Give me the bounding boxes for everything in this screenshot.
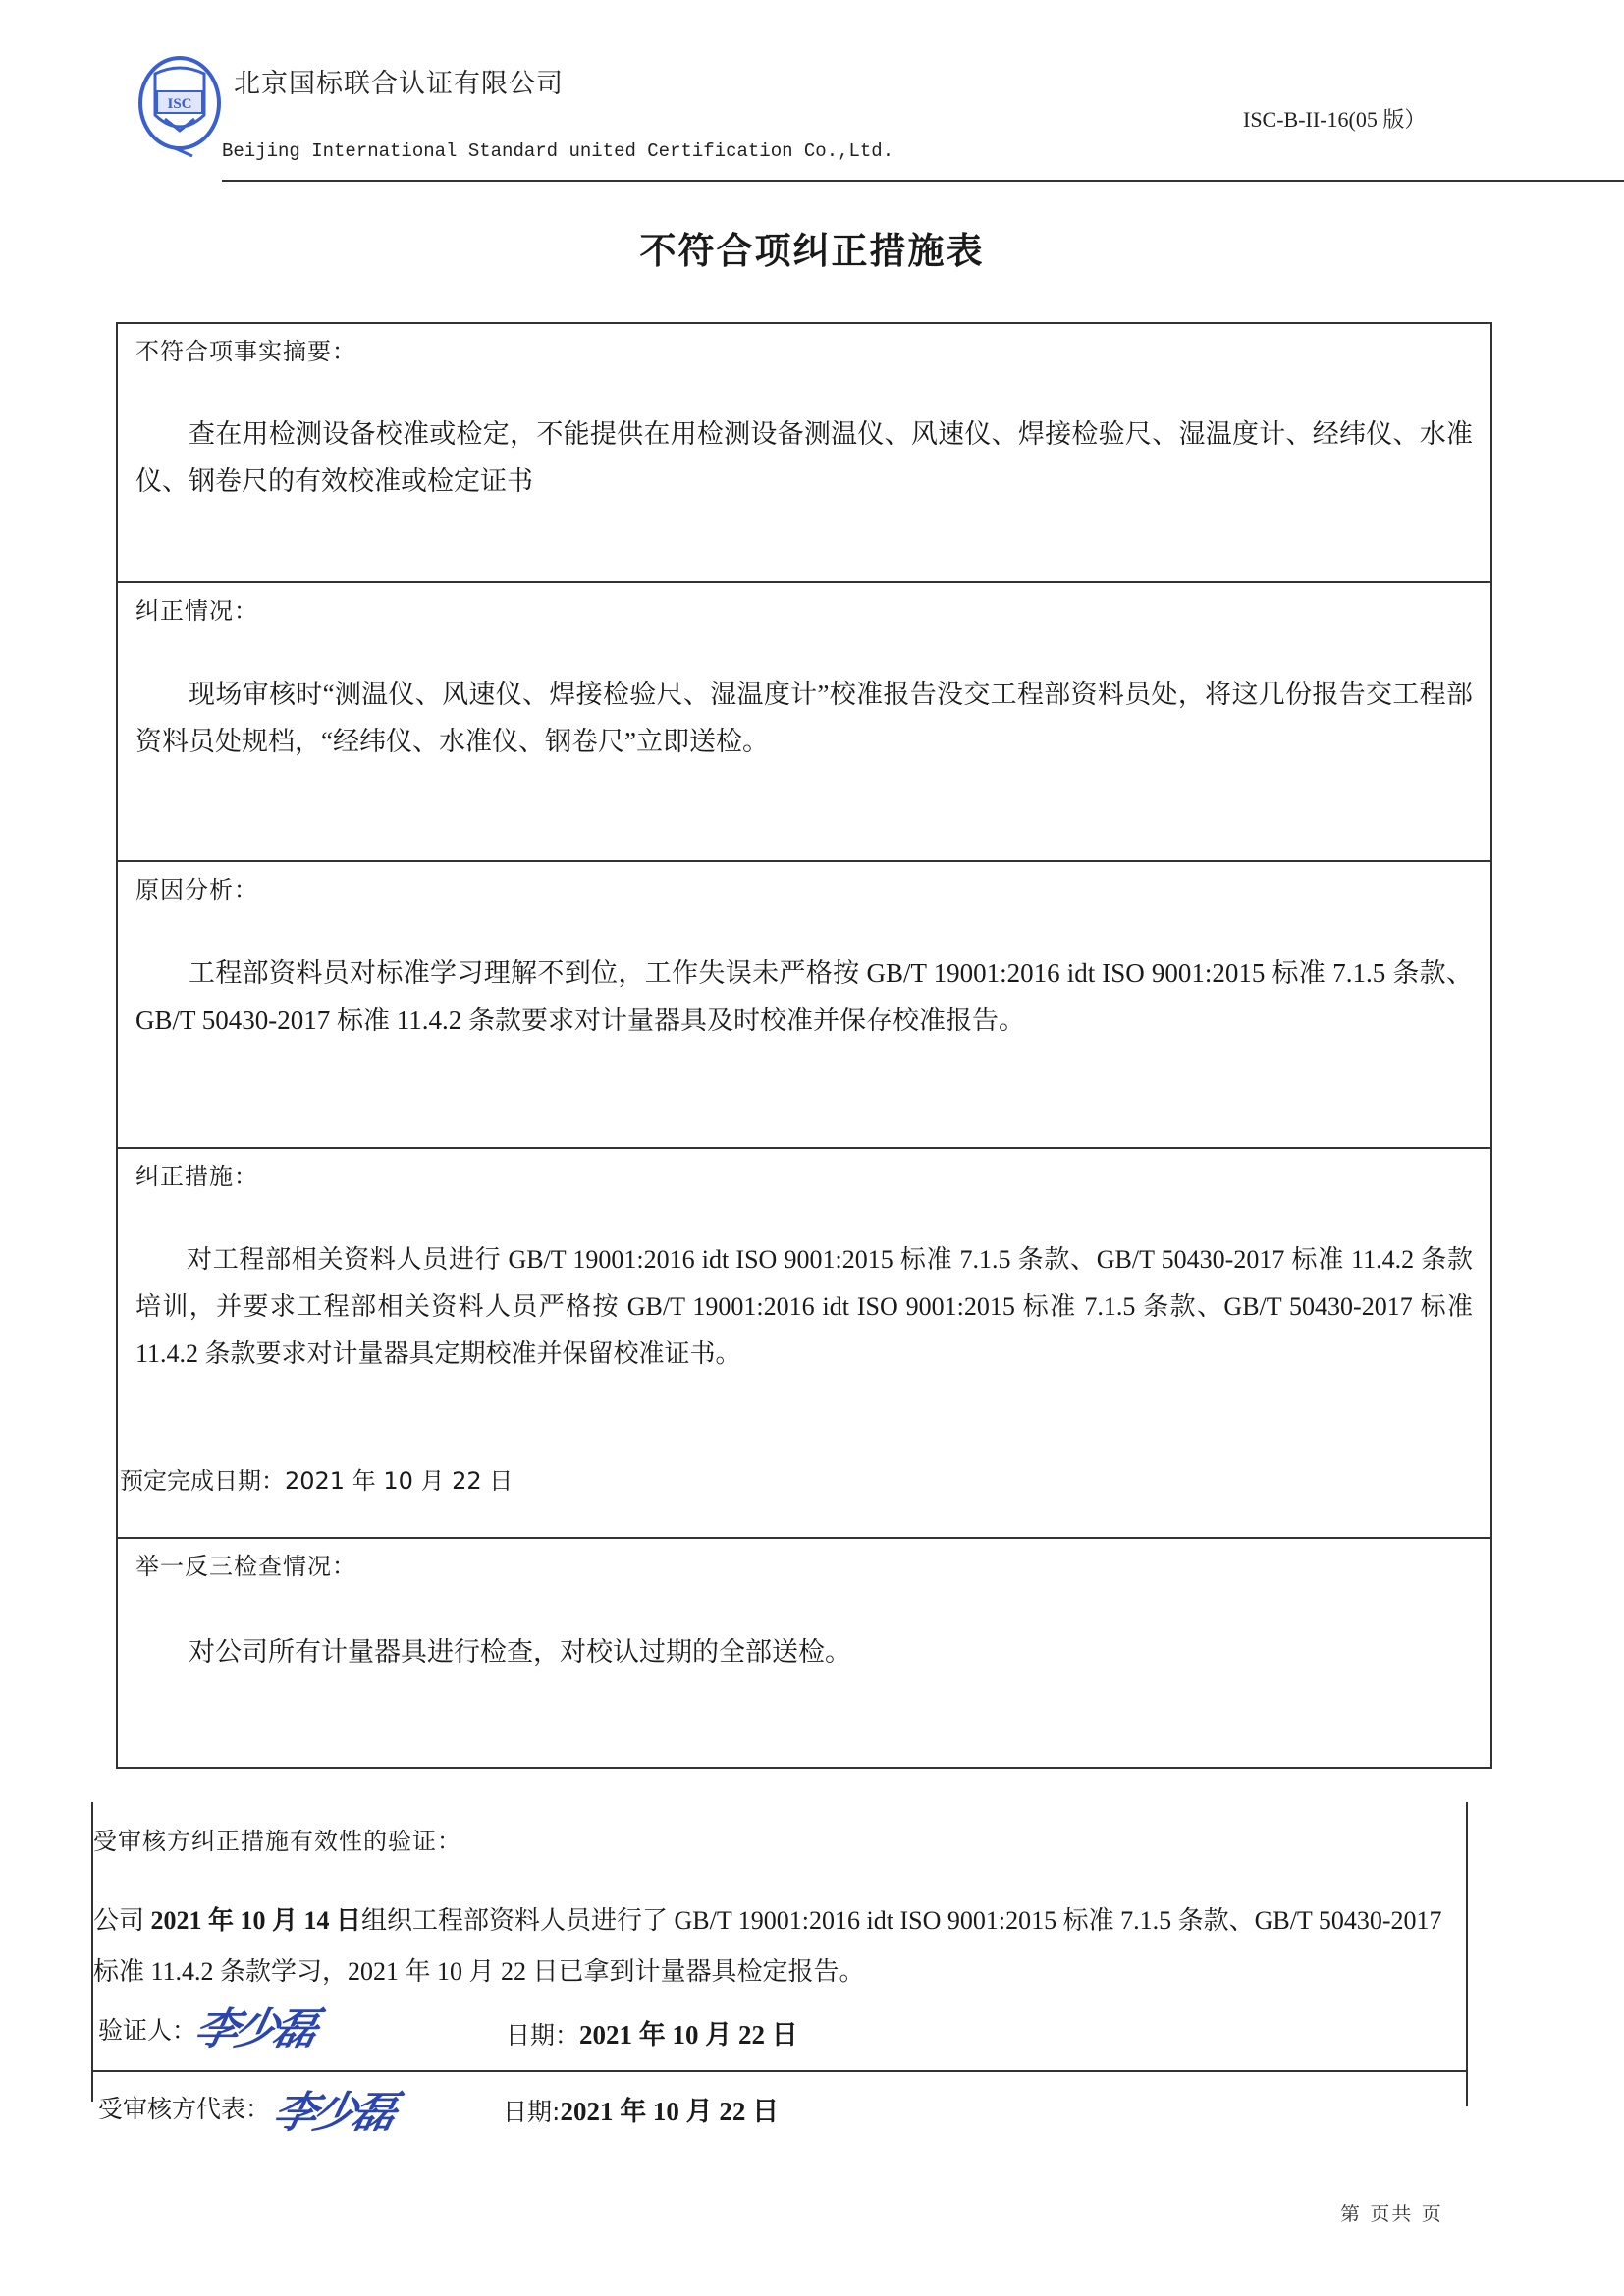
- document-code: ISC-B-II-16(05 版）: [1243, 103, 1426, 134]
- letterhead: ISC 北京国标联合认证有限公司 Beijing International S…: [135, 54, 1510, 182]
- verify-text-prefix: 公司: [93, 1906, 151, 1935]
- verifier-signature: 李少磊: [189, 1994, 321, 2056]
- date-label: 日期：: [506, 2021, 579, 2050]
- section-cause-analysis: 原因分析： 工程部资料员对标准学习理解不到位，工作失误未严格按 GB/T 190…: [118, 862, 1490, 1149]
- section-label: 纠正情况：: [118, 583, 1490, 626]
- corrective-action-form: 不符合项事实摘要： 查在用检测设备校准或检定，不能提供在用检测设备测温仪、风速仪…: [116, 322, 1492, 1769]
- section-label: 不符合项事实摘要：: [118, 324, 1490, 366]
- signature-divider: [91, 2070, 1466, 2072]
- section-extended-check: 举一反三检查情况： 对公司所有计量器具进行检查，对校认过期的全部送检。: [118, 1539, 1490, 1767]
- date-value: 2021 年 10 月 22 日: [579, 2020, 798, 2050]
- verifier-date: 日期：2021 年 10 月 22 日: [506, 2013, 798, 2051]
- section-label: 纠正措施：: [118, 1149, 1490, 1191]
- verifier-label: 验证人：: [98, 2011, 196, 2047]
- page-title: 不符合项纠正措施表: [0, 221, 1624, 274]
- due-date-value: 2021 年 10 月 22 日: [285, 1467, 513, 1495]
- isc-logo-icon: ISC: [135, 54, 224, 160]
- section-body: 对工程部相关资料人员进行 GB/T 19001:2016 idt ISO 900…: [118, 1236, 1490, 1378]
- section-corrective-measures: 纠正措施： 对工程部相关资料人员进行 GB/T 19001:2016 idt I…: [118, 1149, 1490, 1539]
- representative-label: 受审核方代表：: [98, 2090, 270, 2125]
- section-body: 现场审核时“测温仪、风速仪、焊接检验尺、湿温度计”校准报告没交工程部资料员处，将…: [118, 671, 1490, 765]
- page-number: 第 页共 页: [1340, 2198, 1443, 2226]
- section-body: 工程部资料员对标准学习理解不到位，工作失误未严格按 GB/T 19001:201…: [118, 950, 1490, 1044]
- section-body: 查在用检测设备校准或检定，不能提供在用检测设备测温仪、风速仪、焊接检验尺、湿温度…: [118, 410, 1490, 505]
- section-verification: 受审核方纠正措施有效性的验证： 公司 2021 年 10 月 14 日组织工程部…: [93, 1822, 1468, 1997]
- due-date-label: 预定完成日期：: [120, 1467, 285, 1495]
- section-label: 原因分析：: [118, 862, 1490, 904]
- section-correction: 纠正情况： 现场审核时“测温仪、风速仪、焊接检验尺、湿温度计”校准报告没交工程部…: [118, 583, 1490, 862]
- section-body: 公司 2021 年 10 月 14 日组织工程部资料人员进行了 GB/T 190…: [93, 1895, 1468, 1997]
- due-date: 预定完成日期：2021 年 10 月 22 日: [118, 1461, 513, 1496]
- date-value: 2021 年 10 月 22 日: [560, 2097, 779, 2126]
- date-label: 日期:: [503, 2098, 560, 2126]
- company-name-en: Beijing International Standard united Ce…: [222, 140, 893, 162]
- section-label: 受审核方纠正措施有效性的验证：: [93, 1822, 1468, 1856]
- section-nonconformity-summary: 不符合项事实摘要： 查在用检测设备校准或检定，不能提供在用检测设备测温仪、风速仪…: [118, 324, 1490, 583]
- section-label: 举一反三检查情况：: [118, 1539, 1490, 1581]
- svg-text:ISC: ISC: [167, 96, 191, 112]
- verify-bold-date: 2021 年 10 月 14 日: [151, 1906, 362, 1935]
- representative-date: 日期:2021 年 10 月 22 日: [503, 2090, 779, 2128]
- company-name-cn: 北京国标联合认证有限公司: [234, 62, 564, 100]
- section-body: 对公司所有计量器具进行检查，对校认过期的全部送检。: [118, 1628, 1490, 1675]
- header-divider: [222, 180, 1624, 182]
- representative-signature: 李少磊: [268, 2077, 400, 2140]
